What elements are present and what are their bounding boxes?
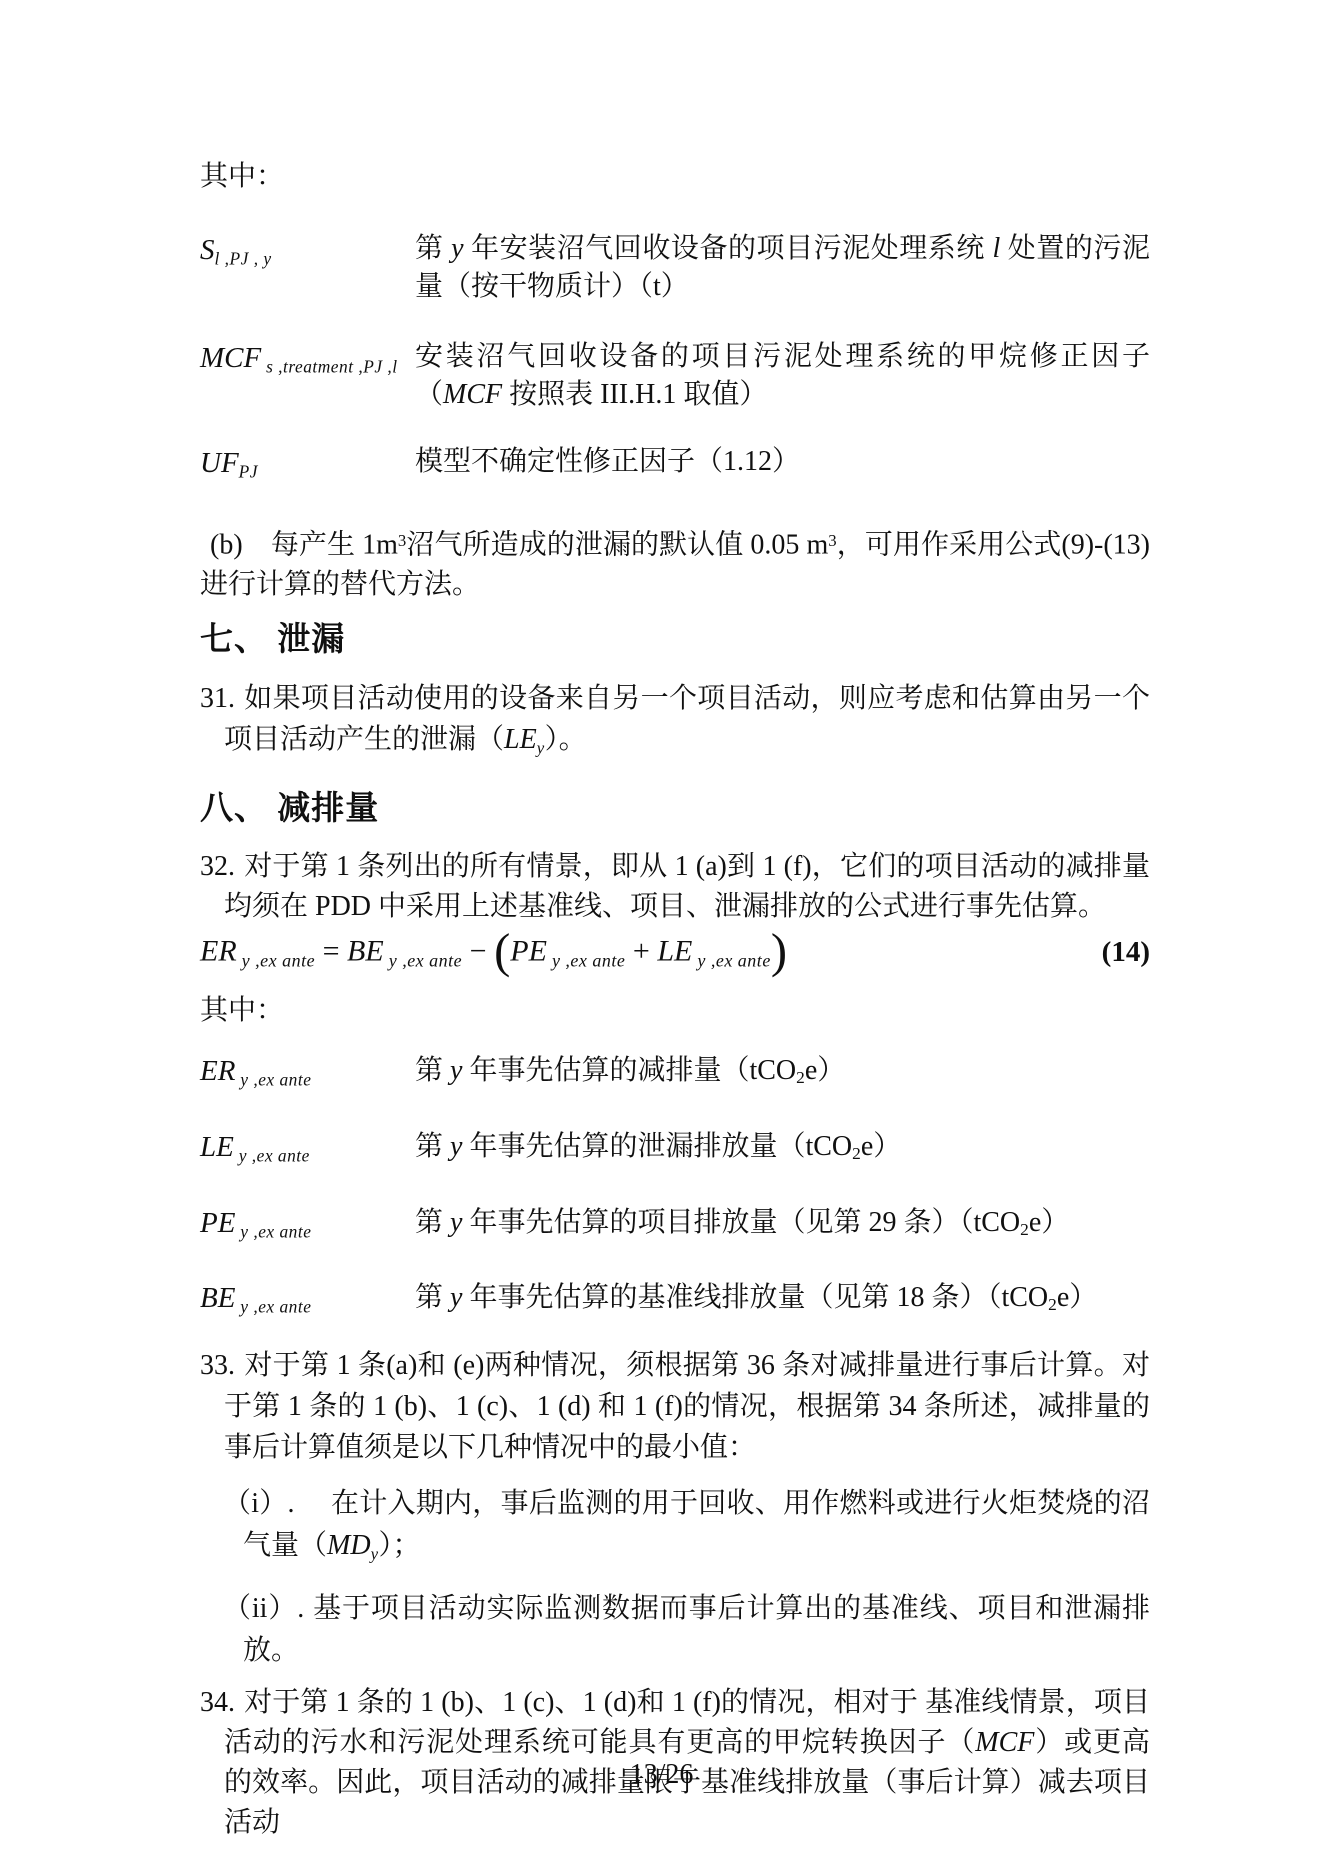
term-symbol-le: LE y ,ex ante bbox=[200, 1127, 415, 1176]
item-34-marker: 34. bbox=[200, 1687, 235, 1718]
list-item-33-i: （i）. 在计入期内，事后监测的用于回收、用作燃料或进行火炬焚烧的沼气量（MDy… bbox=[200, 1483, 1150, 1575]
item-31-marker: 31. bbox=[200, 683, 235, 714]
definition-row-pe: PE y ,ex ante 第 y 年事先估算的项目排放量（见第 29 条）（t… bbox=[200, 1203, 1150, 1252]
item-33-i-text: 在计入期内，事后监测的用于回收、用作燃料或进行火炬焚烧的沼气量（MDy）； bbox=[243, 1488, 1150, 1561]
list-item-31: 31.如果项目活动使用的设备来自另一个项目活动，则应考虑和估算由另一个项目活动产… bbox=[200, 678, 1150, 768]
term-symbol-er: ER y ,ex ante bbox=[200, 1051, 415, 1100]
term-description-er: 第 y 年事先估算的减排量（tCO2e） bbox=[415, 1051, 1150, 1098]
equation-14-number: (14) bbox=[1102, 928, 1150, 976]
list-item-32: 32.对于第 1 条列出的所有情景，即从 1 (a)到 1 (f)，它们的项目活… bbox=[200, 847, 1150, 927]
item-33-ii-text: 基于项目活动实际监测数据而事后计算出的基准线、项目和泄漏排放。 bbox=[243, 1593, 1150, 1666]
where-label-1: 其中： bbox=[200, 157, 1150, 197]
term-description-pe: 第 y 年事先估算的项目排放量（见第 29 条）（tCO2e） bbox=[415, 1203, 1150, 1250]
definition-row-uf: UFPJ 模型不确定性修正因子（1.12） bbox=[200, 443, 1150, 492]
item-32-text: 对于第 1 条列出的所有情景，即从 1 (a)到 1 (f)，它们的项目活动的减… bbox=[224, 851, 1150, 922]
item-33-ii-marker: （ii）. bbox=[223, 1593, 304, 1624]
section-heading-8-emission-reductions: 八、 减排量 bbox=[200, 787, 1150, 831]
page-number: 13/26 bbox=[0, 1755, 1323, 1795]
item-33-marker: 33. bbox=[200, 1350, 235, 1381]
term-symbol-pe: PE y ,ex ante bbox=[200, 1203, 415, 1252]
definition-row-be: BE y ,ex ante 第 y 年事先估算的基准线排放量（见第 18 条）（… bbox=[200, 1278, 1150, 1327]
term-description-uf: 模型不确定性修正因子（1.12） bbox=[415, 443, 1150, 481]
section-heading-7-leakage: 七、 泄漏 bbox=[200, 618, 1150, 662]
term-symbol-uf: UFPJ bbox=[200, 443, 415, 492]
equation-14-expression: ER y ,ex ante = BE y ,ex ante − (PE y ,e… bbox=[200, 927, 787, 984]
term-description-s: 第 y 年安装沼气回收设备的项目污泥处理系统 l 处置的污泥量（按干物质计）（t… bbox=[415, 230, 1150, 306]
term-description-mcf: 安装沼气回收设备的项目污泥处理系统的甲烷修正因子（MCF 按照表 III.H.1… bbox=[415, 338, 1150, 414]
list-item-33: 33.对于第 1 条(a)和 (e)两种情况，须根据第 36 条对减排量进行事后… bbox=[200, 1345, 1150, 1468]
item-33-i-marker: （i）. bbox=[223, 1488, 295, 1519]
item-33-text: 对于第 1 条(a)和 (e)两种情况，须根据第 36 条对减排量进行事后计算。… bbox=[224, 1350, 1150, 1463]
definition-row-s: Sl ,PJ , y 第 y 年安装沼气回收设备的项目污泥处理系统 l 处置的污… bbox=[200, 230, 1150, 306]
term-description-le: 第 y 年事先估算的泄漏排放量（tCO2e） bbox=[415, 1127, 1150, 1174]
definition-row-mcf: MCF s ,treatment ,PJ ,l 安装沼气回收设备的项目污泥处理系… bbox=[200, 338, 1150, 414]
paragraph-b: (b) 每产生 1m3沼气所造成的泄漏的默认值 0.05 m3，可用作采用公式(… bbox=[200, 521, 1150, 606]
term-symbol-mcf: MCF s ,treatment ,PJ ,l bbox=[200, 338, 415, 387]
item-31-text: 如果项目活动使用的设备来自另一个项目活动，则应考虑和估算由另一个项目活动产生的泄… bbox=[224, 683, 1150, 755]
document-page: 其中： Sl ,PJ , y 第 y 年安装沼气回收设备的项目污泥处理系统 l … bbox=[0, 0, 1323, 1871]
definition-row-le: LE y ,ex ante 第 y 年事先估算的泄漏排放量（tCO2e） bbox=[200, 1127, 1150, 1176]
equation-14: ER y ,ex ante = BE y ,ex ante − (PE y ,e… bbox=[200, 927, 1150, 975]
list-item-33-ii: （ii）.基于项目活动实际监测数据而事后计算出的基准线、项目和泄漏排放。 bbox=[200, 1588, 1150, 1672]
definition-row-er: ER y ,ex ante 第 y 年事先估算的减排量（tCO2e） bbox=[200, 1051, 1150, 1100]
term-symbol-s: Sl ,PJ , y bbox=[200, 230, 415, 279]
item-32-marker: 32. bbox=[200, 851, 235, 882]
where-label-2: 其中： bbox=[200, 991, 1150, 1031]
term-description-be: 第 y 年事先估算的基准线排放量（见第 18 条）（tCO2e） bbox=[415, 1278, 1150, 1325]
term-symbol-be: BE y ,ex ante bbox=[200, 1278, 415, 1327]
